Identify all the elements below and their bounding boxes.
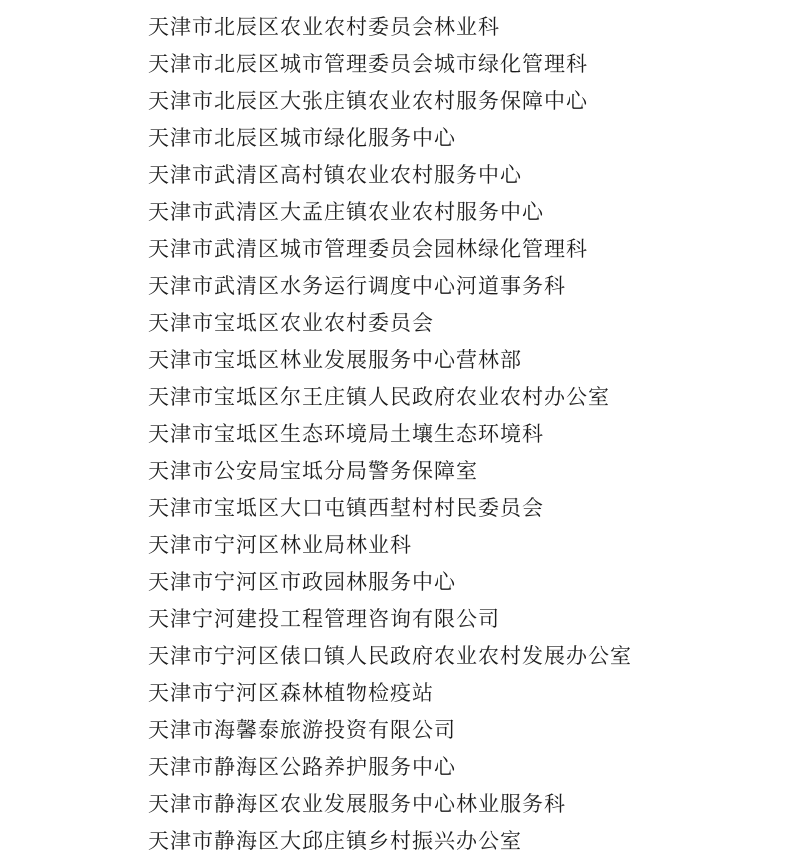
list-item: 天津市宁河区森林植物检疫站 (148, 675, 768, 712)
list-item: 天津市北辰区城市绿化服务中心 (148, 120, 768, 157)
list-item: 天津市武清区大孟庄镇农业农村服务中心 (148, 194, 768, 231)
list-item: 天津市武清区城市管理委员会园林绿化管理科 (148, 231, 768, 268)
list-item: 天津市海馨泰旅游投资有限公司 (148, 712, 768, 749)
list-item: 天津市宁河区俵口镇人民政府农业农村发展办公室 (148, 638, 768, 675)
list-item: 天津市武清区高村镇农业农村服务中心 (148, 157, 768, 194)
list-item: 天津市宝坻区大口屯镇西堼村村民委员会 (148, 490, 768, 527)
list-item: 天津市静海区公路养护服务中心 (148, 749, 768, 786)
list-item: 天津市静海区大邱庄镇乡村振兴办公室 (148, 823, 768, 860)
list-item: 天津市武清区水务运行调度中心河道事务科 (148, 268, 768, 305)
list-item: 天津市北辰区农业农村委员会林业科 (148, 9, 768, 46)
organization-list: 天津市北辰区农业农村委员会林业科天津市北辰区城市管理委员会城市绿化管理科天津市北… (148, 9, 768, 860)
list-item: 天津宁河建投工程管理咨询有限公司 (148, 601, 768, 638)
list-item: 天津市公安局宝坻分局警务保障室 (148, 453, 768, 490)
list-item: 天津市北辰区大张庄镇农业农村服务保障中心 (148, 83, 768, 120)
list-item: 天津市宝坻区林业发展服务中心营林部 (148, 342, 768, 379)
list-item: 天津市北辰区城市管理委员会城市绿化管理科 (148, 46, 768, 83)
list-item: 天津市宁河区林业局林业科 (148, 527, 768, 564)
document-page: 天津市北辰区农业农村委员会林业科天津市北辰区城市管理委员会城市绿化管理科天津市北… (0, 0, 794, 866)
list-item: 天津市静海区农业发展服务中心林业服务科 (148, 786, 768, 823)
list-item: 天津市宁河区市政园林服务中心 (148, 564, 768, 601)
list-item: 天津市宝坻区农业农村委员会 (148, 305, 768, 342)
list-item: 天津市宝坻区生态环境局土壤生态环境科 (148, 416, 768, 453)
list-item: 天津市宝坻区尔王庄镇人民政府农业农村办公室 (148, 379, 768, 416)
